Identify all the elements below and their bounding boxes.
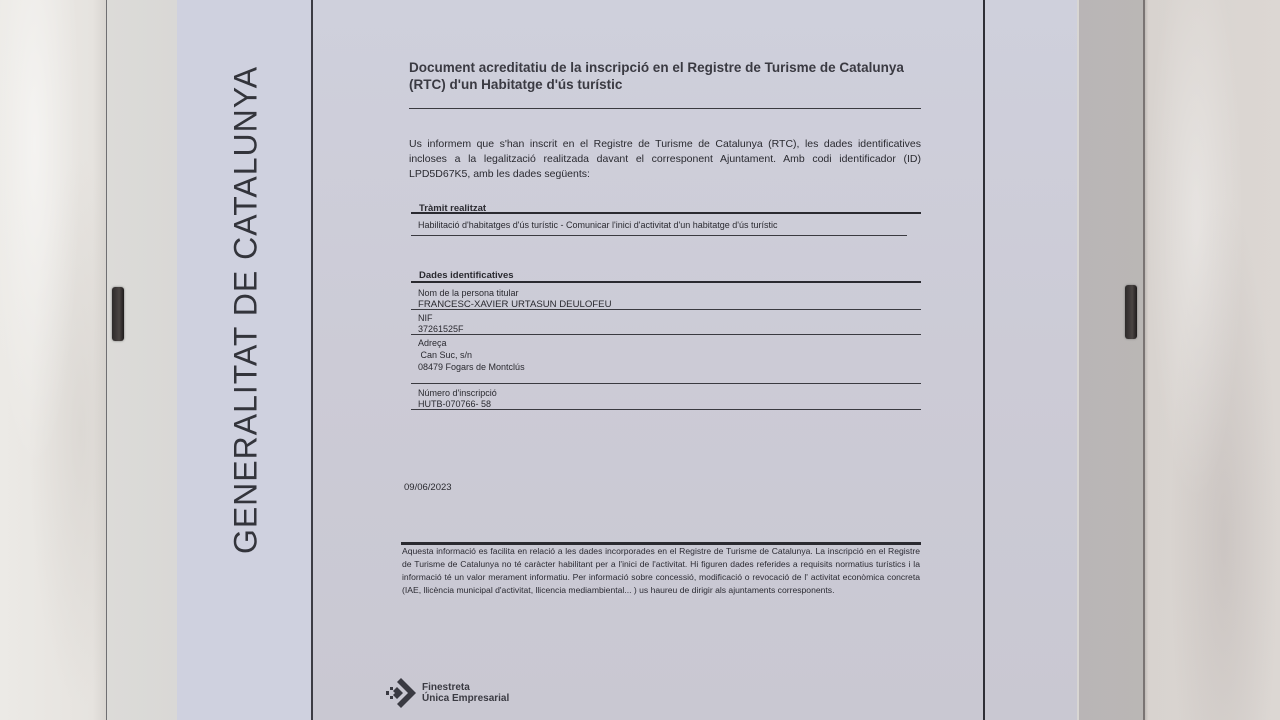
dades-heading: Dades identificatives <box>419 270 514 281</box>
field-value-adreca-line1: Can Suc, s/n <box>418 350 472 361</box>
field-label-nif: NIF <box>418 313 433 324</box>
tramit-rule <box>411 212 921 214</box>
document-title: Document acreditatiu de la inscripció en… <box>409 59 929 93</box>
finestreta-logo: Finestreta Única Empresarial <box>384 677 509 709</box>
title-rule <box>409 108 921 109</box>
finestreta-arrow-icon <box>384 677 418 709</box>
footnote-paragraph: Aquesta informació es facilita en relaci… <box>402 545 920 597</box>
field-rule <box>411 409 921 410</box>
field-value-adreca-line2: 08479 Fogars de Montclús <box>418 362 525 373</box>
dades-rule <box>411 281 921 283</box>
logo-line2: Única Empresarial <box>422 693 509 704</box>
field-label-inscripcio: Número d'inscripció <box>418 388 497 399</box>
tramit-bottom-rule <box>411 235 907 236</box>
field-label-titular: Nom de la persona titular <box>418 288 519 299</box>
field-label-adreca: Adreça <box>418 338 447 349</box>
logo-line1: Finestreta <box>422 682 509 693</box>
tramit-value: Habilitació d'habitatges d'ús turístic -… <box>418 220 777 231</box>
field-rule <box>411 334 921 335</box>
intro-paragraph: Us informem que s'han inscrit en el Regi… <box>409 137 921 182</box>
document-date: 09/06/2023 <box>404 482 452 493</box>
field-rule <box>411 383 921 384</box>
document-content: Document acreditatiu de la inscripció en… <box>0 0 1280 720</box>
field-rule <box>411 309 921 310</box>
